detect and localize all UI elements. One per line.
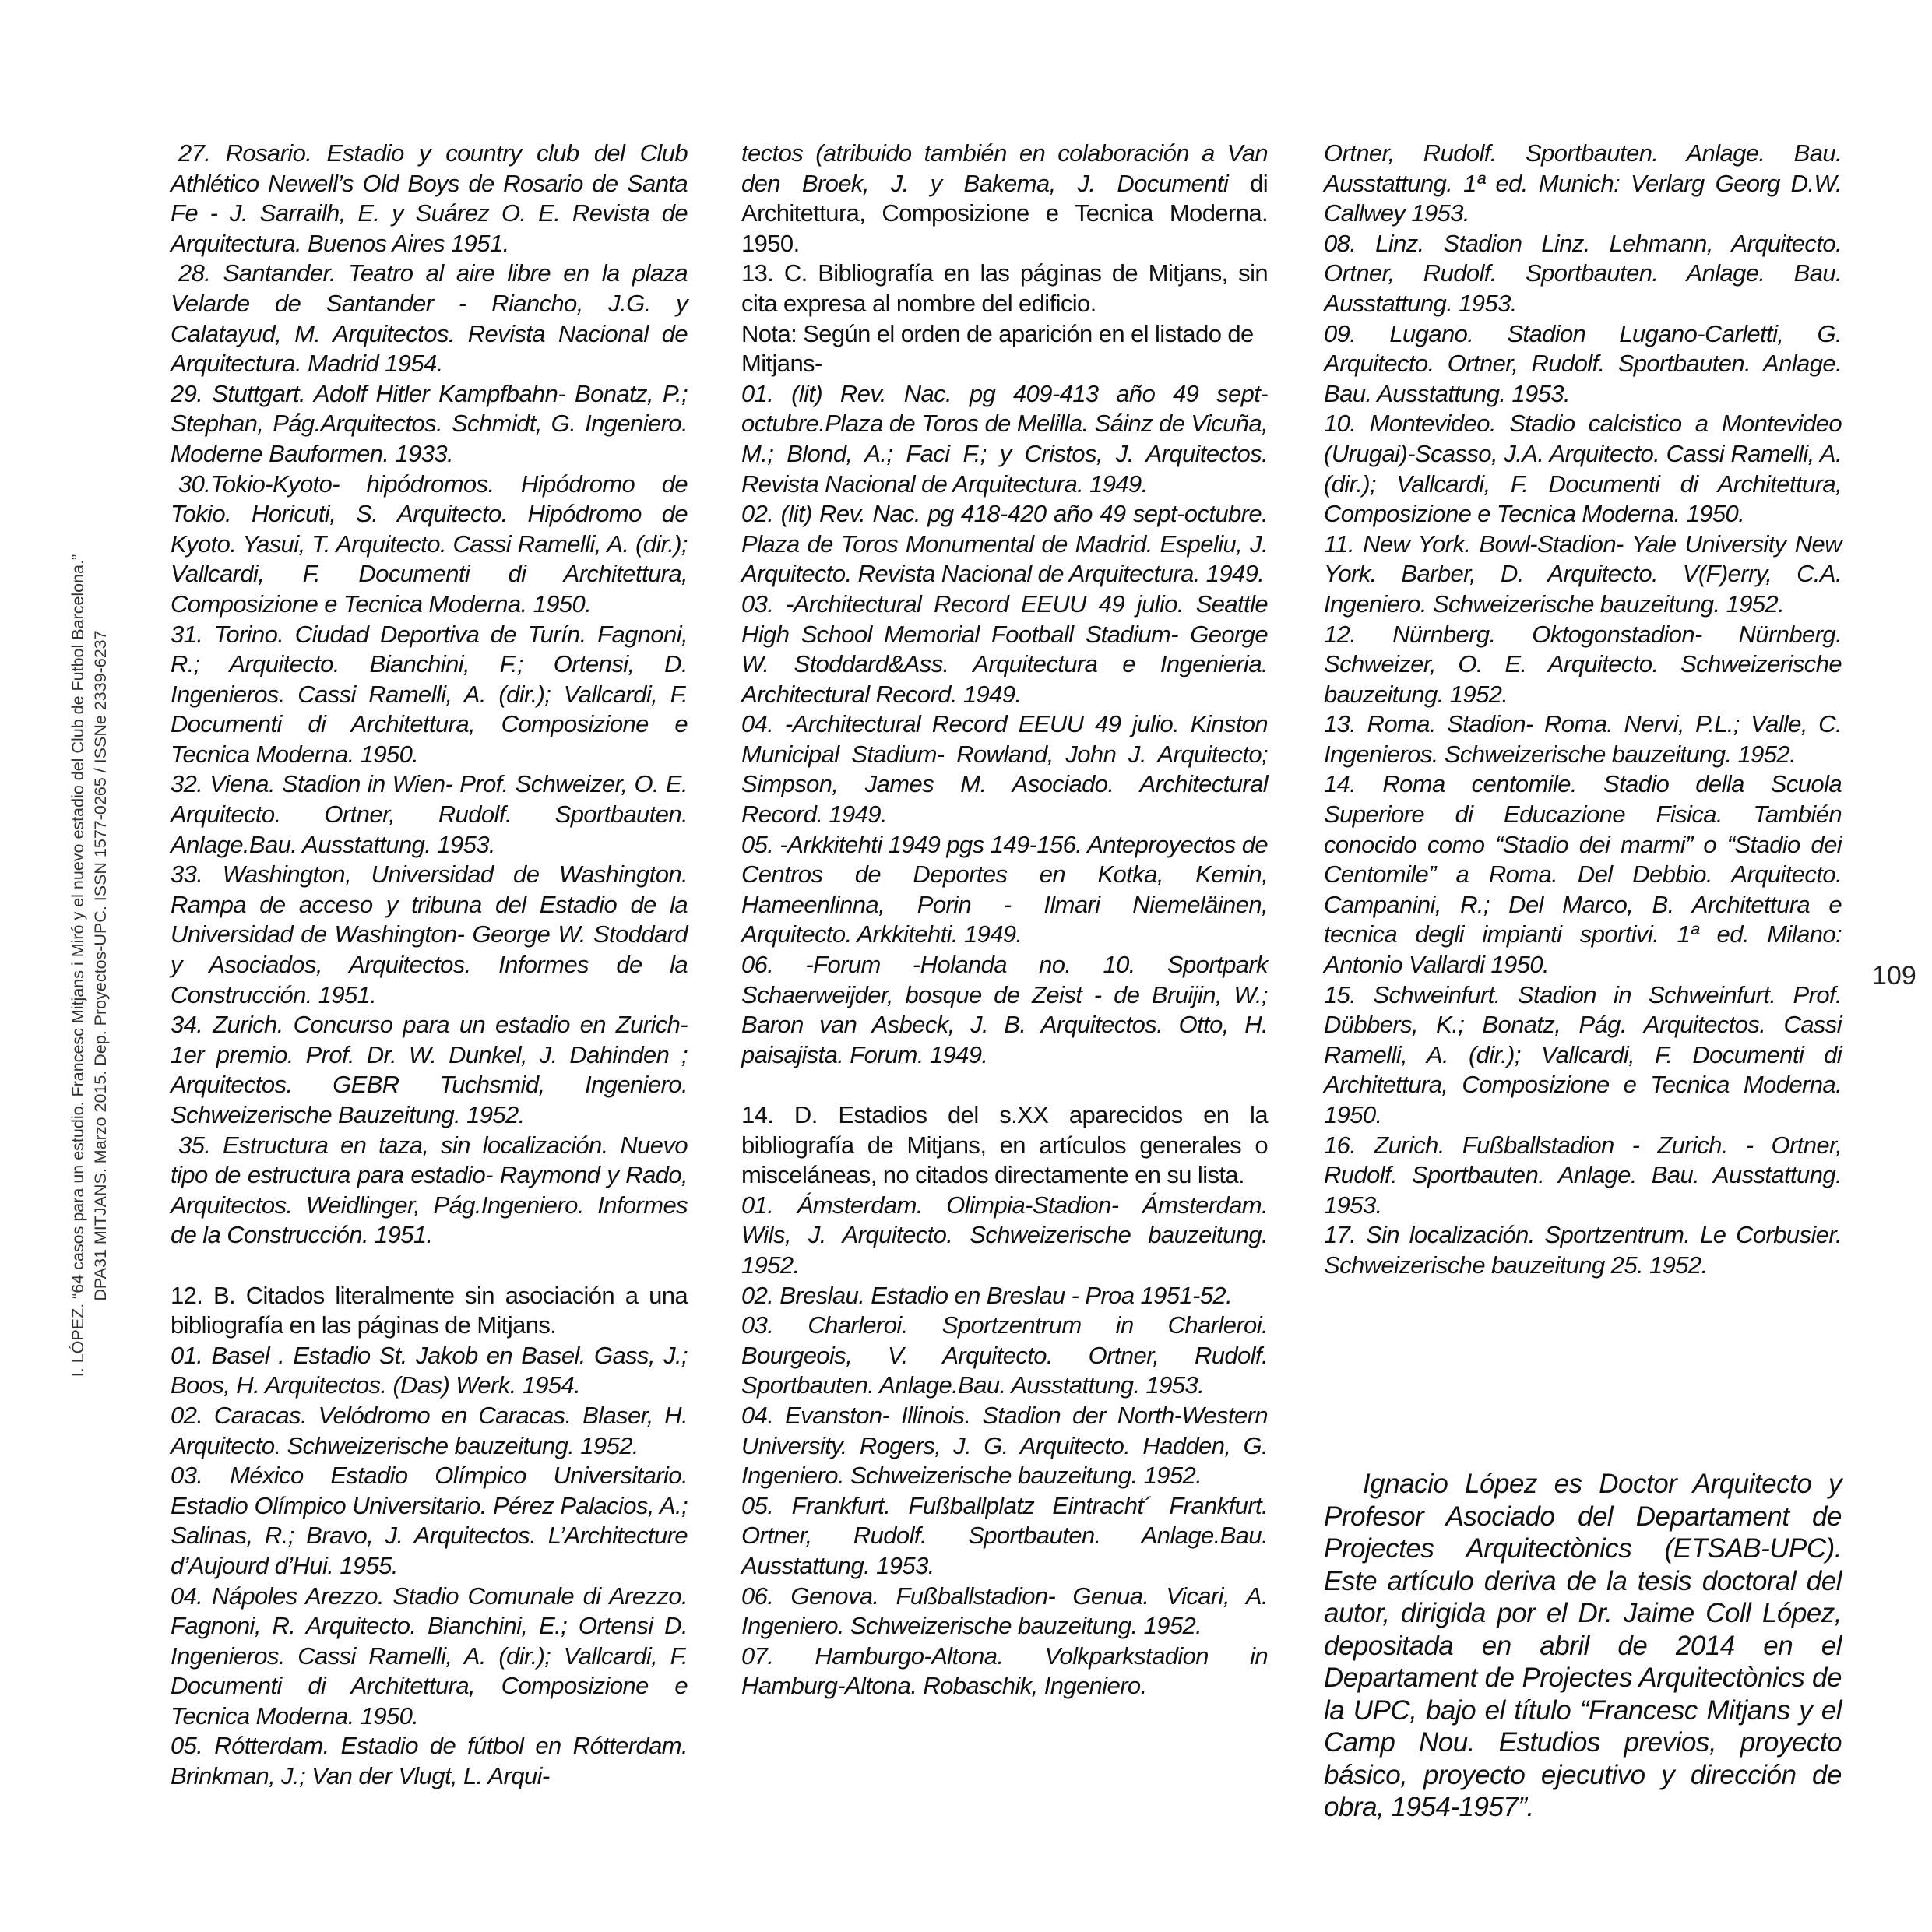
section-heading-d: 14. D. Estadios del s.XX aparecidos en l…	[741, 1100, 1268, 1191]
reference-entry: 08. Linz. Stadion Linz. Lehmann, Arquite…	[1324, 229, 1842, 319]
section-heading-c: 13. C. Bibliografía en las páginas de Mi…	[741, 259, 1268, 318]
reference-entry: 31. Torino. Ciudad Deportiva de Turín. F…	[171, 620, 688, 770]
running-header-issn: DPA31 MITJANS. Marzo 2015. Dep. Proyecto…	[90, 459, 112, 1472]
right-column: Ortner, Rudolf. Sportbauten. Anlage. Bau…	[1324, 139, 1842, 1281]
middle-column: tectos (atribuido también en colaboració…	[741, 139, 1268, 1701]
reference-entry: 03. México Estadio Olímpico Universitari…	[171, 1461, 688, 1581]
spacer	[741, 1070, 1268, 1100]
reference-entry: 04. Evanston- Illinois. Stadion der Nort…	[741, 1401, 1268, 1491]
continuation-italic: tectos (atribuido también en colaboració…	[741, 139, 1268, 197]
reference-entry: 15. Schweinfurt. Stadion in Schweinfurt.…	[1324, 980, 1842, 1131]
reference-entry: 14. Roma centomile. Stadio della Scuola …	[1324, 769, 1842, 980]
reference-entry: 13. Roma. Stadion- Roma. Nervi, P.L.; Va…	[1324, 709, 1842, 769]
reference-entry: 06. Genova. Fußballstadion- Genua. Vicar…	[741, 1582, 1268, 1642]
reference-entry: 30.Tokio-Kyoto- hipódromos. Hipódromo de…	[171, 470, 688, 620]
reference-entry: 29. Stuttgart. Adolf Hitler Kampfbahn- B…	[171, 379, 688, 470]
reference-entry: 11. New York. Bowl-Stadion- Yale Univers…	[1324, 530, 1842, 620]
reference-entry: 17. Sin localización. Sportzentrum. Le C…	[1324, 1220, 1842, 1280]
reference-entry: 33. Washington, Universidad de Washingto…	[171, 860, 688, 1010]
reference-entry: 27. Rosario. Estadio y country club del …	[171, 139, 688, 259]
reference-entry: 35. Estructura en taza, sin localización…	[171, 1131, 688, 1251]
reference-entry: 05. Rótterdam. Estadio de fútbol en Rótt…	[171, 1731, 688, 1791]
running-header: I. LÓPEZ. “64 casos para un estudio. Fra…	[67, 459, 112, 1472]
section-note: Nota: Según el orden de aparición en el …	[741, 319, 1268, 379]
reference-entry: 01. Basel . Estadio St. Jakob en Basel. …	[171, 1341, 688, 1401]
reference-continuation: tectos (atribuido también en colaboració…	[741, 139, 1268, 259]
author-bio: Ignacio López es Doctor Arquitecto y Pro…	[1324, 1468, 1842, 1824]
reference-entry: 34. Zurich. Concurso para un estadio en …	[171, 1010, 688, 1130]
reference-entry: 04. -Architectural Record EEUU 49 julio.…	[741, 709, 1268, 829]
reference-entry: 05. -Arkkitehti 1949 pgs 149-156. Antepr…	[741, 830, 1268, 950]
section-heading-b: 12. B. Citados literalmente sin asociaci…	[171, 1281, 688, 1341]
reference-entry: 03. -Architectural Record EEUU 49 julio.…	[741, 589, 1268, 709]
reference-entry: 02. (lit) Rev. Nac. pg 418-420 año 49 se…	[741, 499, 1268, 589]
reference-entry: 06. -Forum -Holanda no. 10. Sportpark Sc…	[741, 950, 1268, 1070]
reference-entry: 09. Lugano. Stadion Lugano-Carletti, G. …	[1324, 319, 1842, 410]
running-header-title: I. LÓPEZ. “64 casos para un estudio. Fra…	[67, 459, 90, 1472]
reference-entry: 01. (lit) Rev. Nac. pg 409-413 año 49 se…	[741, 379, 1268, 499]
left-column: 27. Rosario. Estadio y country club del …	[171, 139, 688, 1792]
reference-entry: 04. Nápoles Arezzo. Stadio Comunale di A…	[171, 1582, 688, 1732]
reference-entry: 05. Frankfurt. Fußballplatz Eintracht´ F…	[741, 1491, 1268, 1582]
page-number: 109	[1872, 961, 1916, 991]
reference-continuation: Ortner, Rudolf. Sportbauten. Anlage. Bau…	[1324, 139, 1842, 229]
reference-entry: 02. Caracas. Velódromo en Caracas. Blase…	[171, 1401, 688, 1461]
spacer	[171, 1251, 688, 1281]
reference-entry: 32. Viena. Stadion in Wien- Prof. Schwei…	[171, 769, 688, 860]
reference-entry: 07. Hamburgo-Altona. Volkparkstadion in …	[741, 1642, 1268, 1701]
reference-entry: 02. Breslau. Estadio en Breslau - Proa 1…	[741, 1281, 1268, 1311]
reference-entry: 28. Santander. Teatro al aire libre en l…	[171, 259, 688, 378]
reference-entry: 01. Ámsterdam. Olimpia-Stadion- Ámsterda…	[741, 1191, 1268, 1281]
reference-entry: 12. Nürnberg. Oktogonstadion- Nürnberg. …	[1324, 620, 1842, 710]
reference-entry: 16. Zurich. Fußballstadion - Zurich. - O…	[1324, 1131, 1842, 1221]
reference-entry: 03. Charleroi. Sportzentrum in Charleroi…	[741, 1311, 1268, 1401]
reference-entry: 10. Montevideo. Stadio calcistico a Mont…	[1324, 409, 1842, 529]
